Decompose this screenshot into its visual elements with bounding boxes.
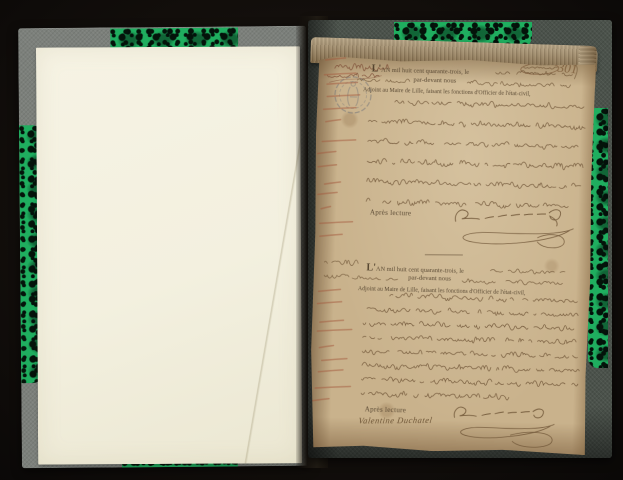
act2-apres-lecture-label: Après lecture <box>365 405 407 414</box>
act2-signature-flourish <box>453 407 554 448</box>
handwriting-overlay <box>308 56 596 455</box>
act2-pardevant-label: par-devant nous <box>408 274 451 282</box>
act2-signature-name: Valentine Duchatel <box>358 415 433 426</box>
left-cover-board <box>18 26 310 468</box>
act1-pardevant-label: par-devant nous <box>413 76 456 84</box>
photo-backdrop: 301 L'AN mil huit cent quarante-trois, l… <box>0 0 623 480</box>
act1-signature-flourish <box>455 207 574 248</box>
act1-apres-lecture-label: Après lecture <box>370 208 412 217</box>
blank-flyleaf-page <box>36 46 302 464</box>
manuscript-page: 301 L'AN mil huit cent quarante-trois, l… <box>308 56 596 455</box>
